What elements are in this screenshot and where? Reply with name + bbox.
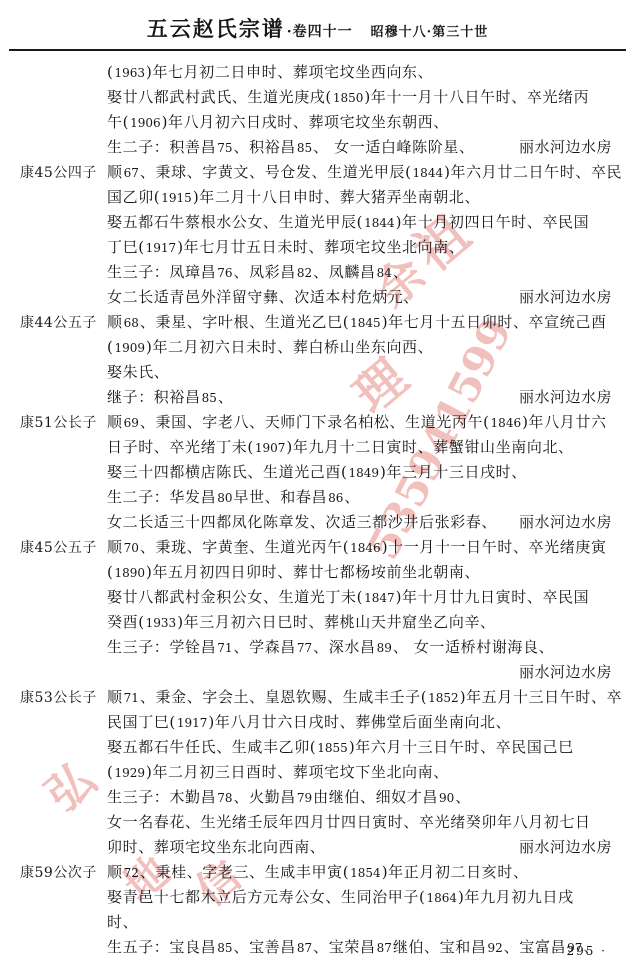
entry-text: 继子：积裕昌85、	[107, 385, 234, 411]
entry-text: 生三子：凤璋昌76、凤彩昌82、凤麟昌84、	[107, 260, 408, 286]
entry-text: 生二子：华发昌80早世、和春昌86、	[107, 485, 360, 511]
genealogy-line: 生三子：木勤昌78、火勤昌79由继伯、细奴才昌90、	[0, 785, 635, 810]
residence-note: 丽水河边水房	[519, 510, 612, 535]
genealogy-line: 娶廿八都武村金积公女、生道光丁未(1847)年十月廿九日寅时、卒民国	[0, 585, 635, 610]
entry-text: 娶三十四都横店陈氏、生道光己酉(1849)年三月十三日戌时、	[107, 460, 527, 486]
entry-text: 顺72、秉桂、字老三、生咸丰甲寅(1854)年正月初二日亥时、	[107, 860, 529, 886]
generation-label: 康53公长子	[0, 686, 107, 711]
entry-text: (1890)年五月初四日卯时、葬廿七都杨垵前坐北朝南、	[107, 560, 480, 586]
genealogy-line: (1890)年五月初四日卯时、葬廿七都杨垵前坐北朝南、	[0, 560, 635, 585]
generation-label: 康45公四子	[0, 161, 107, 186]
genealogy-line: 康45公五子顺70、秉珑、字黄奎、生道光丙午(1846)十一月十一日午时、卒光绪…	[0, 535, 635, 560]
genealogy-line: 娶朱氏、	[0, 360, 635, 385]
entry-text: 顺67、秉球、字黄文、号仓发、生道光甲辰(1844)年六月廿二日午时、卒民	[107, 160, 622, 186]
entry-text: 日子时、卒光绪丁未(1907)年九月十二日寅时、葬蟹钳山坐南向北、	[107, 435, 574, 461]
genealogy-line: (1929)年二月初三日酉时、葬项宅坟下坐北向南、	[0, 760, 635, 785]
genealogy-line: 女二长适三十四都凤化陈章发、次适三都沙井后张彩春、丽水河边水房	[0, 510, 635, 535]
entry-text: 癸酉(1933)年三月初六日巳时、葬桃山天井窟坐乙向辛、	[107, 610, 496, 636]
volume-label: ·卷四十一	[287, 24, 353, 40]
residence-note: 丽水河边水房	[519, 385, 612, 410]
genealogy-line: 娶五都石牛蔡根水公女、生道光甲辰(1844)年十月初四日午时、卒民国	[0, 210, 635, 235]
residence-note: 丽水河边水房	[519, 660, 612, 685]
genealogy-line: 日子时、卒光绪丁未(1907)年九月十二日寅时、葬蟹钳山坐南向北、	[0, 435, 635, 460]
genealogy-line: 康45公四子顺67、秉球、字黄文、号仓发、生道光甲辰(1844)年六月廿二日午时…	[0, 160, 635, 185]
residence-note: 丽水河边水房	[519, 285, 612, 310]
residence-note: 丽水河边水房	[519, 135, 612, 160]
entry-text: 民国丁巳(1917)年八月廿六日戌时、葬佛堂后面坐南向北、	[107, 710, 511, 736]
entry-text: 女二长适青邑外洋留守彝、次适本村危炳元、	[107, 285, 419, 310]
genealogy-line: 丁巳(1917)年七月廿五日未时、葬项宅坟坐北向南、	[0, 235, 635, 260]
entry-text: 顺68、秉星、字叶根、生道光乙巳(1845)年七月十五日卯时、卒宣统己酉	[107, 310, 607, 336]
section-label: 昭穆十八·第三十世	[371, 25, 489, 40]
entry-text: 娶廿八都武村武氏、生道光庚戌(1850)年十一月十八日午时、卒光绪丙	[107, 85, 589, 111]
entry-text: (1929)年二月初三日酉时、葬项宅坟下坐北向南、	[107, 760, 449, 786]
genealogy-line: 娶五都石牛任氏、生咸丰乙卯(1855)年六月十三日午时、卒民国己巳	[0, 735, 635, 760]
genealogy-line: (1963)年七月初二日申时、葬项宅坟坐西向东、	[0, 60, 635, 85]
genealogy-line: 生五子：宝良昌85、宝善昌87、宝荣昌87继伯、宝和昌92、宝富昌97、	[0, 935, 635, 960]
entry-text: 女二长适三十四都凤化陈章发、次适三都沙井后张彩春、	[107, 510, 497, 535]
page-header: 五云赵氏宗谱·卷四十一昭穆十八·第三十世	[0, 0, 635, 43]
genealogy-line: 女二长适青邑外洋留守彝、次适本村危炳元、丽水河边水房	[0, 285, 635, 310]
book-title: 五云赵氏宗谱	[147, 16, 285, 41]
entry-text: 时、	[107, 910, 138, 935]
genealogy-line: 时、	[0, 910, 635, 935]
genealogy-line: 娶青邑十七都木立后方元寿公女、生同治甲子(1864)年九月初九日戌	[0, 885, 635, 910]
entry-text: 娶五都石牛任氏、生咸丰乙卯(1855)年六月十三日午时、卒民国己巳	[107, 735, 574, 761]
genealogy-page: 五云赵氏宗谱·卷四十一昭穆十八·第三十世 余祖理535941599弘地信 (19…	[0, 0, 635, 968]
entry-text: 顺69、秉国、字老八、天师门下录名柏松、生道光丙午(1846)年八月廿六	[107, 410, 607, 436]
page-number: · 295 ·	[555, 944, 607, 958]
genealogy-line: 娶廿八都武村武氏、生道光庚戌(1850)年十一月十八日午时、卒光绪丙	[0, 85, 635, 110]
entry-text: (1963)年七月初二日申时、葬项宅坟坐西向东、	[107, 60, 433, 86]
genealogy-line: 生三子：凤璋昌76、凤彩昌82、凤麟昌84、	[0, 260, 635, 285]
entry-text: 生三子：木勤昌78、火勤昌79由继伯、细奴才昌90、	[107, 785, 471, 811]
genealogy-line: 民国丁巳(1917)年八月廿六日戌时、葬佛堂后面坐南向北、	[0, 710, 635, 735]
genealogy-line: 继子：积裕昌85、丽水河边水房	[0, 385, 635, 410]
genealogy-line: 女一名春花、生光绪壬辰年四月廿四日寅时、卒光绪癸卯年八月初七日	[0, 810, 635, 835]
genealogy-line: 生二子：华发昌80早世、和春昌86、	[0, 485, 635, 510]
entry-text: 午(1906)年八月初六日戌时、葬项宅坟坐东朝西、	[107, 110, 449, 136]
entry-text: 丁巳(1917)年七月廿五日未时、葬项宅坟坐北向南、	[107, 235, 464, 261]
header-rule	[9, 49, 626, 51]
entry-text: (1909)年二月初六日未时、葬白桥山坐东向西、	[107, 335, 433, 361]
genealogy-line: 癸酉(1933)年三月初六日巳时、葬桃山天井窟坐乙向辛、	[0, 610, 635, 635]
generation-label: 康59公次子	[0, 861, 107, 886]
entry-text: 卯时、葬项宅坟坐东北向西南、	[107, 835, 325, 860]
genealogy-line: 国乙卯(1915)年二月十八日申时、葬大猪弄坐南朝北、	[0, 185, 635, 210]
entry-text: 生五子：宝良昌85、宝善昌87、宝荣昌87继伯、宝和昌92、宝富昌97、	[107, 935, 599, 961]
generation-label: 康45公五子	[0, 536, 107, 561]
genealogy-line: 午(1906)年八月初六日戌时、葬项宅坟坐东朝西、	[0, 110, 635, 135]
entry-text: 娶朱氏、	[107, 360, 169, 385]
entry-text: 娶廿八都武村金积公女、生道光丁未(1847)年十月廿九日寅时、卒民国	[107, 585, 589, 611]
entry-text: 生二子：积善昌75、积裕昌85、 女一适白峰陈阶星、	[107, 135, 475, 161]
genealogy-line: (1909)年二月初六日未时、葬白桥山坐东向西、	[0, 335, 635, 360]
entry-text: 国乙卯(1915)年二月十八日申时、葬大猪弄坐南朝北、	[107, 185, 480, 211]
entry-text: 顺71、秉金、字会土、皇恩钦赐、生咸丰壬子(1852)年五月十三日午时、卒	[107, 685, 622, 711]
entry-text: 娶五都石牛蔡根水公女、生道光甲辰(1844)年十月初四日午时、卒民国	[107, 210, 589, 236]
genealogy-line: 丽水河边水房	[0, 660, 635, 685]
genealogy-line: 生二子：积善昌75、积裕昌85、 女一适白峰陈阶星、丽水河边水房	[0, 135, 635, 160]
genealogy-line: 康53公长子顺71、秉金、字会土、皇恩钦赐、生咸丰壬子(1852)年五月十三日午…	[0, 685, 635, 710]
genealogy-body: (1963)年七月初二日申时、葬项宅坟坐西向东、娶廿八都武村武氏、生道光庚戌(1…	[0, 60, 635, 960]
genealogy-line: 卯时、葬项宅坟坐东北向西南、丽水河边水房	[0, 835, 635, 860]
genealogy-line: 康44公五子顺68、秉星、字叶根、生道光乙巳(1845)年七月十五日卯时、卒宣统…	[0, 310, 635, 335]
residence-note: 丽水河边水房	[519, 835, 612, 860]
generation-label: 康44公五子	[0, 311, 107, 336]
genealogy-line: 娶三十四都横店陈氏、生道光己酉(1849)年三月十三日戌时、	[0, 460, 635, 485]
entry-text: 女一名春花、生光绪壬辰年四月廿四日寅时、卒光绪癸卯年八月初七日	[107, 810, 591, 835]
genealogy-line: 生三子：学铨昌71、学森昌77、深水昌89、 女一适桥村谢海良、	[0, 635, 635, 660]
entry-text: 生三子：学铨昌71、学森昌77、深水昌89、 女一适桥村谢海良、	[107, 635, 554, 661]
generation-label: 康51公长子	[0, 411, 107, 436]
entry-text: 顺70、秉珑、字黄奎、生道光丙午(1846)十一月十一日午时、卒光绪庚寅	[107, 535, 607, 561]
genealogy-line: 康59公次子顺72、秉桂、字老三、生咸丰甲寅(1854)年正月初二日亥时、	[0, 860, 635, 885]
genealogy-line: 康51公长子顺69、秉国、字老八、天师门下录名柏松、生道光丙午(1846)年八月…	[0, 410, 635, 435]
entry-text: 娶青邑十七都木立后方元寿公女、生同治甲子(1864)年九月初九日戌	[107, 885, 574, 911]
